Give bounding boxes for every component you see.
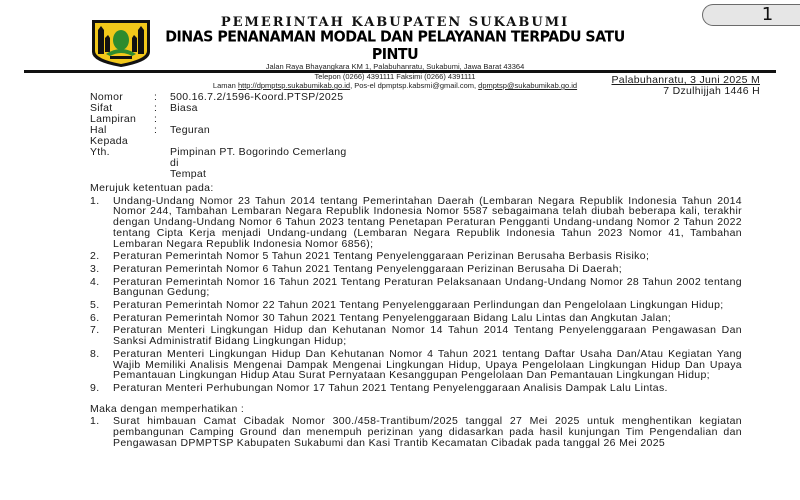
reference-item: 8.Peraturan Menteri Lingkungan Hidup Dan… [90, 349, 742, 381]
item-text: Surat himbauan Camat Cibadak Nomor 300./… [113, 416, 742, 448]
item-text: Peraturan Pemerintah Nomor 22 Tahun 2021… [113, 300, 742, 311]
item-text: Peraturan Pemerintah Nomor 6 Tahun 2021 … [113, 264, 742, 275]
considerations-intro: Maka dengan memperhatikan : [90, 404, 742, 415]
recipient-row: Yth. Pimpinan PT. Bogorindo Cemerlang di… [90, 147, 347, 180]
item-text: Undang-Undang Nomor 23 Tahun 2014 tentan… [113, 196, 742, 250]
hijri-date: 7 Dzulhijjah 1446 H [612, 86, 761, 97]
meta-row-nomor: Nomor : 500.16.7.2/1596-Koord.PTSP/2025 [90, 92, 343, 103]
recipient-place: Tempat [170, 169, 347, 180]
item-number: 1. [90, 416, 113, 448]
contact-line: Laman http://dpmptsp.sukabumikab.go.id, … [160, 81, 630, 91]
reference-item: 7.Peraturan Menteri Lingkungan Hidup dan… [90, 325, 742, 346]
item-text: Peraturan Menteri Lingkungan Hidup dan K… [113, 325, 742, 346]
reference-item: 6.Peraturan Pemerintah Nomor 30 Tahun 20… [90, 313, 742, 324]
meta-value: Teguran [170, 125, 210, 136]
letter-body: Merujuk ketentuan pada: 1.Undang-Undang … [90, 183, 742, 450]
reference-item: 9.Peraturan Menteri Perhubungan Nomor 17… [90, 383, 742, 394]
item-text: Peraturan Menteri Perhubungan Nomor 17 T… [113, 383, 742, 394]
reference-item: 3.Peraturan Pemerintah Nomor 6 Tahun 202… [90, 264, 742, 275]
recipient-name: Pimpinan PT. Bogorindo Cemerlang [170, 147, 347, 158]
item-text: Peraturan Pemerintah Nomor 30 Tahun 2021… [113, 313, 742, 324]
references-list: 1.Undang-Undang Nomor 23 Tahun 2014 tent… [90, 196, 742, 394]
website-link[interactable]: http://dpmptsp.sukabumikab.go.id [238, 81, 350, 90]
page-number-badge: 1 [702, 4, 800, 26]
item-number: 9. [90, 383, 113, 394]
email-link[interactable]: dpmptsp@sukabumikab.go.id [478, 81, 577, 90]
meta-value: Biasa [170, 103, 198, 114]
item-number: 5. [90, 300, 113, 311]
meta-sep: : [154, 125, 170, 136]
reference-item: 4.Peraturan Pemerintah Nomor 16 Tahun 20… [90, 277, 742, 298]
reference-item: 2.Peraturan Pemerintah Nomor 5 Tahun 202… [90, 251, 742, 262]
item-text: Peraturan Menteri Lingkungan Hidup Dan K… [113, 349, 742, 381]
consideration-item: 1.Surat himbauan Camat Cibadak Nomor 300… [90, 416, 742, 448]
email-text: , Pos-el dpmptsp.kabsmi@gmail.com, [350, 81, 478, 90]
department-name: DINAS PENANAMAN MODAL DAN PELAYANAN TERP… [160, 29, 630, 64]
letterhead: PEMERINTAH KABUPATEN SUKABUMI DINAS PENA… [160, 15, 630, 91]
references-intro: Merujuk ketentuan pada: [90, 183, 742, 194]
meta-row-lampiran: Lampiran : [90, 114, 343, 125]
web-prefix: Laman [213, 81, 238, 90]
considerations-list: 1.Surat himbauan Camat Cibadak Nomor 300… [90, 416, 742, 448]
meta-row-hal: Hal : Teguran [90, 125, 343, 136]
reference-item: 5.Peraturan Pemerintah Nomor 22 Tahun 20… [90, 300, 742, 311]
item-number: 1. [90, 196, 113, 250]
item-text: Peraturan Pemerintah Nomor 5 Tahun 2021 … [113, 251, 742, 262]
item-number: 4. [90, 277, 113, 298]
item-number: 7. [90, 325, 113, 346]
item-text: Peraturan Pemerintah Nomor 16 Tahun 2021… [113, 277, 742, 298]
item-number: 6. [90, 313, 113, 324]
letter-date: Palabuhanratu, 3 Juni 2025 M 7 Dzulhijja… [612, 75, 761, 97]
yth-label: Yth. [90, 147, 170, 180]
letter-metadata: Nomor : 500.16.7.2/1596-Koord.PTSP/2025 … [90, 92, 343, 136]
item-number: 8. [90, 349, 113, 381]
item-number: 2. [90, 251, 113, 262]
reference-item: 1.Undang-Undang Nomor 23 Tahun 2014 tent… [90, 196, 742, 250]
item-number: 3. [90, 264, 113, 275]
letterhead-divider [24, 70, 776, 73]
kabupaten-sukabumi-crest-icon [86, 18, 156, 68]
recipient-block: Kepada Yth. Pimpinan PT. Bogorindo Cemer… [90, 136, 347, 180]
